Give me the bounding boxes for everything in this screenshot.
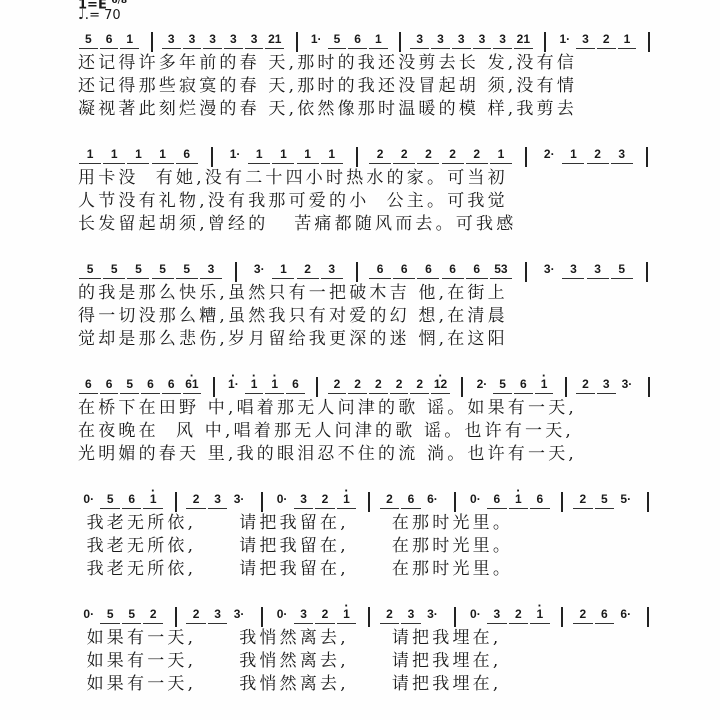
time-signature: 6/8	[111, 0, 127, 6]
note: 0·	[78, 607, 99, 621]
note: 3	[430, 32, 451, 46]
note: 3	[596, 377, 617, 391]
note: 21	[513, 32, 534, 46]
notation-row: 111161·11112222212·123	[78, 145, 658, 167]
lyric-line-verse-1: 如果有一天, 我悄然离去, 请把我埋在,	[78, 627, 658, 650]
note: 5	[492, 377, 513, 391]
beam-underline	[203, 48, 222, 49]
lyric-line-verse-3: 如果有一天, 我悄然离去, 请把我埋在,	[78, 673, 658, 696]
bar-line	[316, 377, 318, 397]
note: 6	[121, 492, 142, 506]
beam-underline	[186, 508, 205, 509]
note: 2	[347, 377, 368, 391]
beam-underline	[152, 278, 174, 279]
note: 1	[102, 147, 126, 161]
beam-underline	[120, 393, 139, 394]
note: 3·	[422, 607, 443, 621]
bar-line	[525, 147, 527, 167]
beam-underline	[245, 48, 264, 49]
note: 2	[572, 492, 593, 506]
note: 5	[119, 377, 140, 391]
beam-underline	[401, 623, 420, 624]
beam-underline	[286, 393, 305, 394]
bar-line	[175, 492, 177, 512]
beam-underline	[611, 163, 633, 164]
beam-underline	[530, 623, 549, 624]
lyric-line-verse-2: 人节没有礼物,没有我那可爱的小 公主。可我觉	[78, 190, 658, 213]
sheet-music-page: 1=E 6/8 ♩.= 70 56133333211·56133333211·3…	[0, 0, 720, 720]
note: 1	[561, 147, 585, 161]
bar-line	[213, 377, 215, 397]
note: 2	[508, 607, 529, 621]
lyric-line-verse-1: 我老无所依, 请把我留在, 在那时光里。	[78, 512, 658, 535]
beam-underline	[587, 163, 609, 164]
beam-underline	[562, 163, 584, 164]
notation-row: 5555533·12366666533·335	[78, 260, 658, 282]
note: 2	[368, 147, 392, 161]
beam-underline	[587, 278, 609, 279]
beam-underline	[79, 163, 101, 164]
note: 2	[575, 377, 596, 391]
note: 1·	[223, 377, 244, 391]
key-signature: 1=E 6/8	[78, 0, 127, 4]
beam-underline	[297, 163, 319, 164]
bar-line	[356, 262, 358, 282]
beam-underline	[245, 393, 264, 394]
beam-underline	[410, 48, 429, 49]
bar-line	[648, 377, 650, 397]
note: 1	[244, 377, 265, 391]
note: 3	[492, 32, 513, 46]
note: 6	[441, 262, 465, 276]
note: 1	[534, 377, 555, 391]
note: 6	[285, 377, 306, 391]
note: 1	[617, 32, 638, 46]
note: 5	[99, 607, 120, 621]
beam-underline	[328, 393, 347, 394]
note: 61	[182, 377, 203, 391]
note: 1	[529, 607, 550, 621]
beam-underline	[535, 393, 554, 394]
note: 6	[400, 492, 421, 506]
lyric-line-verse-1: 用卡没 有她,没有二十四小时热水的家。可当初	[78, 167, 658, 190]
beam-underline	[100, 508, 119, 509]
note: 3	[207, 492, 228, 506]
note: 2	[416, 147, 440, 161]
beam-underline	[393, 163, 415, 164]
note: 3·	[228, 492, 249, 506]
lyric-line-verse-2: 还记得那些寂寞的春 天,那时的我还没冒起胡 须,没有情	[78, 75, 658, 98]
note: 6	[99, 32, 120, 46]
beam-underline	[315, 508, 334, 509]
beam-underline	[410, 393, 429, 394]
bar-line	[454, 607, 456, 627]
beam-underline	[265, 48, 284, 49]
tempo-value: = 70	[89, 8, 121, 23]
beam-underline	[595, 508, 614, 509]
bar-line	[461, 377, 463, 397]
score-system: 56133333211·56133333211·321还记得许多年前的春 天,那…	[78, 30, 658, 121]
bar-line	[261, 607, 263, 627]
beam-underline	[183, 48, 202, 49]
beam-underline	[417, 163, 439, 164]
beam-underline	[493, 48, 512, 49]
note: 3	[610, 147, 634, 161]
beam-underline	[321, 278, 343, 279]
beam-underline	[200, 278, 222, 279]
note: 6	[594, 607, 615, 621]
lyric-line-verse-2: 在夜晚在 风 中,唱着那无人问津的歌 谣。也许有一天,	[78, 420, 658, 443]
lyric-line-verse-3: 我老无所依, 请把我留在, 在那时光里。	[78, 558, 658, 581]
bar-line	[544, 32, 546, 52]
bar-line	[648, 32, 650, 52]
note: 2	[368, 377, 389, 391]
beam-underline	[618, 48, 637, 49]
beam-underline	[272, 278, 294, 279]
note: 3	[472, 32, 493, 46]
bar-line	[235, 262, 237, 282]
note: 2	[314, 607, 335, 621]
note: 2	[389, 377, 410, 391]
notation-row: 56133333211·56133333211·321	[78, 30, 658, 52]
beam-underline	[473, 48, 492, 49]
beam-underline	[487, 508, 506, 509]
note: 3	[400, 607, 421, 621]
note: 3·	[247, 262, 271, 276]
beam-underline	[509, 623, 528, 624]
beam-underline	[509, 508, 528, 509]
beam-underline	[183, 393, 202, 394]
beam-underline	[466, 163, 488, 164]
beam-underline	[493, 393, 512, 394]
note: 2	[185, 607, 206, 621]
beam-underline	[576, 48, 595, 49]
note: 1	[151, 147, 175, 161]
note: 1	[368, 32, 389, 46]
bar-line	[368, 607, 370, 627]
note: 1	[264, 377, 285, 391]
note: 5	[102, 262, 126, 276]
note: 3	[575, 32, 596, 46]
beam-underline	[321, 163, 343, 164]
note: 0·	[78, 492, 99, 506]
note: 1	[271, 147, 295, 161]
beam-underline	[328, 48, 347, 49]
bar-line	[356, 147, 358, 167]
bar-line	[646, 147, 648, 167]
beam-underline	[611, 278, 633, 279]
beam-underline	[79, 48, 98, 49]
score-system: 0·561233·0·321266·0·616255· 我老无所依, 请把我留在…	[78, 490, 658, 581]
note: 6	[161, 377, 182, 391]
score-system: 5555533·12366666533·335的我是那么快乐,虽然只有一把破木吉…	[78, 260, 658, 351]
note: 1·	[306, 32, 327, 46]
note: 6	[99, 377, 120, 391]
beam-underline	[127, 278, 149, 279]
note: 1	[489, 147, 513, 161]
note: 1	[247, 147, 271, 161]
beam-underline	[294, 623, 313, 624]
note: 2	[586, 147, 610, 161]
bar-line	[175, 607, 177, 627]
beam-underline	[79, 393, 98, 394]
beam-underline	[442, 163, 464, 164]
beam-underline	[573, 508, 592, 509]
note: 6	[175, 147, 199, 161]
note: 6	[465, 262, 489, 276]
note: 3	[409, 32, 430, 46]
note: 5	[175, 262, 199, 276]
beam-underline	[208, 508, 227, 509]
note: 0·	[465, 492, 486, 506]
note: 6	[140, 377, 161, 391]
beam-underline	[143, 508, 162, 509]
beam-underline	[514, 48, 533, 49]
note: 1·	[554, 32, 575, 46]
beam-underline	[103, 163, 125, 164]
beam-underline	[162, 393, 181, 394]
note: 6·	[615, 607, 636, 621]
bar-line	[151, 32, 153, 52]
beam-underline	[597, 48, 616, 49]
note: 0·	[271, 607, 292, 621]
note: 2	[392, 147, 416, 161]
beam-underline	[573, 623, 592, 624]
note: 53	[489, 262, 513, 276]
note: 3	[182, 32, 203, 46]
note: 6	[392, 262, 416, 276]
lyric-line-verse-1: 还记得许多年前的春 天,那时的我还没剪去长 发,没有信	[78, 52, 658, 75]
beam-underline	[431, 48, 450, 49]
beam-underline	[265, 393, 284, 394]
bar-line	[211, 147, 213, 167]
note: 6	[486, 492, 507, 506]
beam-underline	[315, 623, 334, 624]
note: 1	[271, 262, 295, 276]
beam-underline	[431, 393, 450, 394]
note: 2·	[472, 377, 493, 391]
score-system: 0·552233·0·321233·0·321266· 如果有一天, 我悄然离去…	[78, 605, 658, 696]
beam-underline	[390, 393, 409, 394]
beam-underline	[272, 163, 294, 164]
bar-line	[561, 492, 563, 512]
bar-line	[561, 607, 563, 627]
bar-line	[296, 32, 298, 52]
score-system: 111161·11112222212·123用卡没 有她,没有二十四小时热水的家…	[78, 145, 658, 236]
note: 5·	[615, 492, 636, 506]
beam-underline	[466, 278, 488, 279]
beam-underline	[176, 278, 198, 279]
beam-underline	[122, 508, 141, 509]
note: 5	[121, 607, 142, 621]
beam-underline	[401, 508, 420, 509]
note: 2	[596, 32, 617, 46]
note: 3	[320, 262, 344, 276]
note: 2	[441, 147, 465, 161]
beam-underline	[294, 508, 313, 509]
dotted-quarter-note-icon: ♩.	[78, 7, 89, 23]
note: 12	[430, 377, 451, 391]
beam-underline	[597, 393, 616, 394]
beam-underline	[393, 278, 415, 279]
beam-underline	[248, 163, 270, 164]
note: 5	[78, 262, 102, 276]
beam-underline	[152, 163, 174, 164]
lyric-line-verse-3: 长发留起胡须,曾经的 苦痛都随风而去。可我感	[78, 213, 658, 236]
beam-underline	[337, 508, 356, 509]
beam-underline	[380, 508, 399, 509]
bar-line	[368, 492, 370, 512]
beam-underline	[337, 623, 356, 624]
beam-underline	[487, 623, 506, 624]
note: 3·	[617, 377, 638, 391]
beam-underline	[224, 48, 243, 49]
bar-line	[646, 262, 648, 282]
note: 2	[465, 147, 489, 161]
note: 5	[99, 492, 120, 506]
note: 2	[379, 607, 400, 621]
beam-underline	[380, 623, 399, 624]
note: 3	[207, 607, 228, 621]
beam-underline	[348, 393, 367, 394]
beam-underline	[514, 393, 533, 394]
beam-underline	[79, 278, 101, 279]
tempo-marking: ♩.= 70	[78, 8, 127, 23]
beam-underline	[490, 278, 512, 279]
note: 3	[202, 32, 223, 46]
notation-row: 66566611·11622222122·561233·	[78, 375, 658, 397]
beam-underline	[297, 278, 319, 279]
beam-underline	[348, 48, 367, 49]
beam-underline	[127, 163, 149, 164]
beam-underline	[100, 623, 119, 624]
beam-underline	[120, 48, 139, 49]
beam-underline	[530, 508, 549, 509]
notation-row: 0·552233·0·321233·0·321266·	[78, 605, 658, 627]
beam-underline	[369, 48, 388, 49]
lyric-line-verse-3: 光明媚的春天 里,我的眼泪忍不住的流 淌。也许有一天,	[78, 443, 658, 466]
note: 3	[293, 492, 314, 506]
note: 3	[199, 262, 223, 276]
note: 5	[327, 32, 348, 46]
note: 2	[314, 492, 335, 506]
lyric-line-verse-1: 的我是那么快乐,虽然只有一把破木吉 他,在街上	[78, 282, 658, 305]
lyric-line-verse-3: 凝视著此刻烂漫的春 天,依然像那时温暖的模 样,我剪去	[78, 98, 658, 121]
note: 2	[296, 262, 320, 276]
beam-underline	[208, 623, 227, 624]
note: 6	[368, 262, 392, 276]
note: 1	[142, 492, 163, 506]
beam-underline	[452, 48, 471, 49]
beam-underline	[595, 623, 614, 624]
beam-underline	[442, 278, 464, 279]
note: 1	[336, 607, 357, 621]
beam-underline	[103, 278, 125, 279]
note: 6	[529, 492, 550, 506]
bar-line	[647, 607, 649, 627]
beam-underline	[100, 48, 119, 49]
note: 3	[161, 32, 182, 46]
beam-underline	[417, 278, 439, 279]
note: 6·	[422, 492, 443, 506]
beam-underline	[122, 623, 141, 624]
note: 3	[223, 32, 244, 46]
note: 2	[142, 607, 163, 621]
note: 5	[126, 262, 150, 276]
note: 6	[347, 32, 368, 46]
note: 3·	[228, 607, 249, 621]
note: 0·	[465, 607, 486, 621]
note: 3	[561, 262, 585, 276]
note: 1	[119, 32, 140, 46]
note: 2	[379, 492, 400, 506]
note: 6	[78, 377, 99, 391]
beam-underline	[490, 163, 512, 164]
beam-underline	[162, 48, 181, 49]
beam-underline	[186, 623, 205, 624]
note: 2	[185, 492, 206, 506]
note: 6	[416, 262, 440, 276]
note: 5	[610, 262, 634, 276]
bar-line	[525, 262, 527, 282]
note: 2·	[537, 147, 561, 161]
bar-line	[454, 492, 456, 512]
lyric-line-verse-2: 我老无所依, 请把我留在, 在那时光里。	[78, 535, 658, 558]
note: 5	[78, 32, 99, 46]
note: 0·	[271, 492, 292, 506]
lyric-line-verse-3: 觉却是那么悲伤,岁月留给我更深的迷 惘,在这阳	[78, 328, 658, 351]
note: 2	[572, 607, 593, 621]
note: 5	[594, 492, 615, 506]
bar-line	[261, 492, 263, 512]
beam-underline	[576, 393, 595, 394]
note: 1	[296, 147, 320, 161]
lyric-line-verse-2: 如果有一天, 我悄然离去, 请把我埋在,	[78, 650, 658, 673]
beam-underline	[141, 393, 160, 394]
beam-underline	[176, 163, 198, 164]
note: 1·	[223, 147, 247, 161]
beam-underline	[562, 278, 584, 279]
note: 3·	[537, 262, 561, 276]
notation-row: 0·561233·0·321266·0·616255·	[78, 490, 658, 512]
beam-underline	[369, 393, 388, 394]
bar-line	[565, 377, 567, 397]
note: 1	[336, 492, 357, 506]
note: 1	[78, 147, 102, 161]
note: 3	[451, 32, 472, 46]
note: 5	[151, 262, 175, 276]
note: 1	[320, 147, 344, 161]
lyric-line-verse-2: 得一切没那么糟,虽然我只有对爱的幻 想,在清晨	[78, 305, 658, 328]
note: 6	[513, 377, 534, 391]
beam-underline	[369, 163, 391, 164]
lyric-line-verse-1: 在桥下在田野 中,唱着那无人问津的歌 谣。如果有一天,	[78, 397, 658, 420]
note: 2	[409, 377, 430, 391]
score-header: 1=E 6/8 ♩.= 70	[78, 0, 127, 23]
beam-underline	[143, 623, 162, 624]
note: 3	[586, 262, 610, 276]
note: 3	[486, 607, 507, 621]
score-system: 66566611·11622222122·561233·在桥下在田野 中,唱着那…	[78, 375, 658, 466]
note: 2	[327, 377, 348, 391]
note: 3	[293, 607, 314, 621]
note: 3	[244, 32, 265, 46]
note: 1	[508, 492, 529, 506]
bar-line	[647, 492, 649, 512]
beam-underline	[369, 278, 391, 279]
note: 1	[126, 147, 150, 161]
beam-underline	[100, 393, 119, 394]
